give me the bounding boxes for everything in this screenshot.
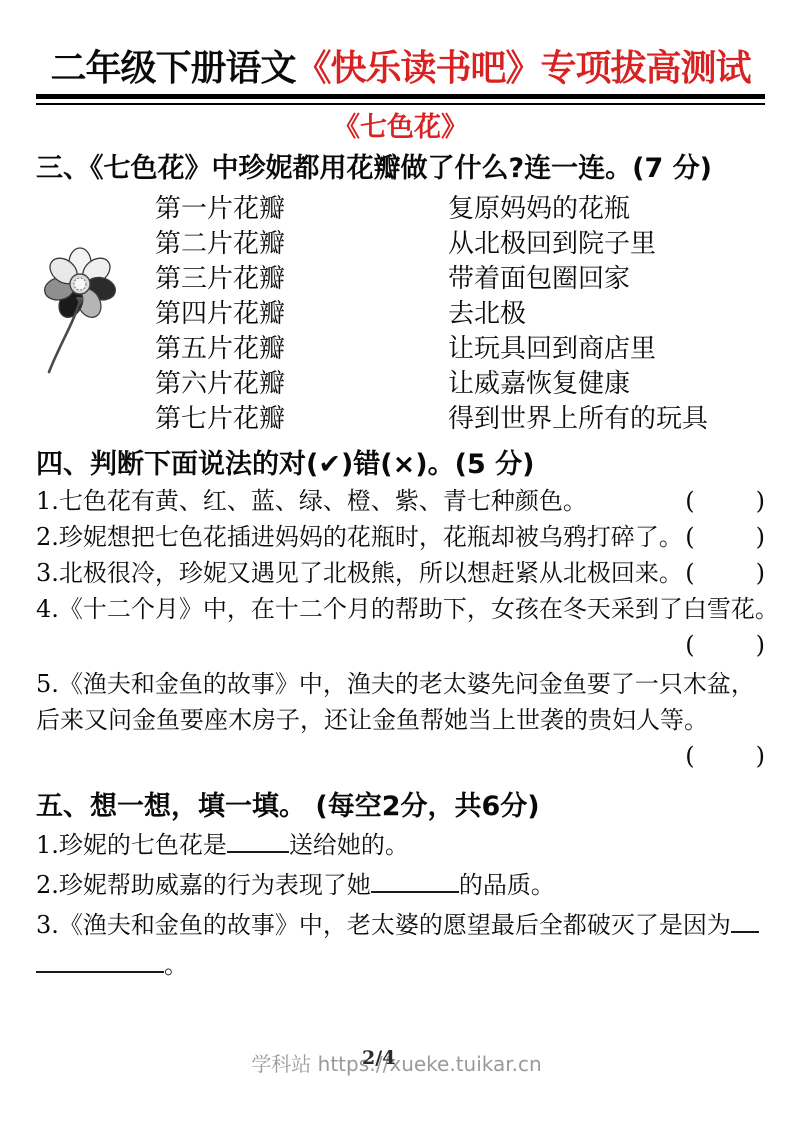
judge-statement: 1.七色花有黄、红、蓝、绿、橙、紫、青七种颜色。( ) [36,483,765,519]
answer-blank [731,908,759,933]
matching-right-item: 让玩具回到商店里 [448,332,765,367]
section-judge: 四、判断下面说法的对(✔)错(×)。(5 分) 1.七色花有黄、红、蓝、绿、橙、… [36,447,765,777]
matching-row: 第五片花瓣让玩具回到商店里 [36,332,765,367]
section5-heading: 五、想一想，填一填。 (每空2分，共6分) [36,789,765,825]
worksheet-page: 二年级下册语文《快乐读书吧》专项拔高测试 《七色花》 三、《七色花》中珍妮都用花… [0,0,793,1122]
answer-paren: ( ) [685,519,765,555]
matching-list: 第一片花瓣复原妈妈的花瓶第二片花瓣从北极回到院子里第三片花瓣带着面包圈回家第四片… [36,192,765,437]
fill-item-line: 。 [36,945,765,985]
matching-row: 第七片花瓣得到世界上所有的玩具 [36,402,765,437]
matching-left-item: 第七片花瓣 [155,402,448,437]
answer-paren: ( ) [685,742,765,770]
fill-item-text: 2.珍妮帮助威嘉的行为表现了她 [36,871,371,899]
matching-right-item: 去北极 [448,297,765,332]
answer-paren: ( ) [685,555,765,591]
matching-left-item: 第五片花瓣 [155,332,448,367]
fill-item-text: 1.珍妮的七色花是 [36,831,227,859]
fill-item-text: 的品质。 [459,871,555,899]
matching-right-item: 复原妈妈的花瓶 [448,192,765,227]
title-underline [36,94,765,105]
fill-item-line: 3.《渔夫和金鱼的故事》中，老太婆的愿望最后全都破灭了是因为 [36,905,765,945]
title-course: 二年级下册语文 [50,48,295,89]
matching-left-item: 第四片花瓣 [155,297,448,332]
fill-item-text: 送给她的。 [289,831,409,859]
page-title: 二年级下册语文《快乐读书吧》专项拔高测试 [36,46,765,92]
matching-left-item: 第二片花瓣 [155,227,448,262]
matching-right-item: 带着面包圈回家 [448,262,765,297]
section-matching: 三、《七色花》中珍妮都用花瓣做了什么?连一连。(7 分) 第一片花瓣复原妈妈的花… [36,151,765,437]
judge-statement: 3.北极很冷，珍妮又遇见了北极熊，所以想赶紧从北极回来。( ) [36,555,765,591]
matching-row: 第一片花瓣复原妈妈的花瓶 [36,192,765,227]
section3-heading: 三、《七色花》中珍妮都用花瓣做了什么?连一连。(7 分) [36,151,765,187]
page-number: 2/4 [362,1047,395,1069]
fill-items: 1.珍妮的七色花是送给她的。2.珍妮帮助威嘉的行为表现了她的品质。3.《渔夫和金… [36,825,765,985]
judge-statement-text: 2.珍妮想把七色花插进妈妈的花瓶时，花瓶却被乌鸦打碎了。 [36,519,683,555]
fill-item-text: 3.《渔夫和金鱼的故事》中，老太婆的愿望最后全都破灭了是因为 [36,911,731,939]
title-block: 二年级下册语文《快乐读书吧》专项拔高测试 《七色花》 [36,46,765,145]
fill-item-line: 1.珍妮的七色花是送给她的。 [36,825,765,865]
fill-item-text: 。 [164,951,188,979]
answer-blank [36,948,164,973]
page-footer: 学科站 https://xueke.tuikar.cn [0,1048,793,1077]
matching-right-item: 从北极回到院子里 [448,227,765,262]
matching-left-item: 第三片花瓣 [155,262,448,297]
judge-statement-text: 后来又问金鱼要座木房子，还让金鱼帮她当上世袭的贵妇人等。 [36,702,765,738]
seven-color-flower-icon [40,246,120,376]
judge-statement-text: 4.《十二个月》中，在十二个月的帮助下，女孩在冬天采到了白雪花。 [36,591,765,627]
fill-item-line: 2.珍妮帮助威嘉的行为表现了她的品质。 [36,865,765,905]
answer-paren: ( ) [685,631,765,659]
matching-right-item: 让威嘉恢复健康 [448,367,765,402]
answer-blank [227,828,289,853]
judge-statement: 2.珍妮想把七色花插进妈妈的花瓶时，花瓶却被乌鸦打碎了。( ) [36,519,765,555]
section-fill: 五、想一想，填一填。 (每空2分，共6分) 1.珍妮的七色花是送给她的。2.珍妮… [36,789,765,985]
matching-row: 第四片花瓣去北极 [36,297,765,332]
answer-paren: ( ) [685,483,765,519]
judge-statement-text: 1.七色花有黄、红、蓝、绿、橙、紫、青七种颜色。 [36,483,587,519]
matching-left-item: 第一片花瓣 [155,192,448,227]
answer-paren-line: ( ) [36,627,765,666]
answer-paren-line: ( ) [36,738,765,777]
watermark-url: 学科站 https://xueke.tuikar.cn [251,1052,541,1076]
matching-row: 第六片花瓣让威嘉恢复健康 [36,367,765,402]
subtitle: 《七色花》 [36,111,765,145]
matching-row: 第三片花瓣带着面包圈回家 [36,262,765,297]
matching-row: 第二片花瓣从北极回到院子里 [36,227,765,262]
answer-blank [371,868,459,893]
judge-statements: 1.七色花有黄、红、蓝、绿、橙、紫、青七种颜色。( )2.珍妮想把七色花插进妈妈… [36,483,765,777]
judge-statement-text: 5.《渔夫和金鱼的故事》中，渔夫的老太婆先问金鱼要了一只木盆， [36,666,765,702]
section4-heading: 四、判断下面说法的对(✔)错(×)。(5 分) [36,447,765,483]
judge-statement-text: 3.北极很冷，珍妮又遇见了北极熊，所以想赶紧从北极回来。 [36,555,683,591]
matching-right-item: 得到世界上所有的玩具 [448,402,765,437]
title-topic: 《快乐读书吧》专项拔高测试 [296,48,751,89]
matching-left-item: 第六片花瓣 [155,367,448,402]
